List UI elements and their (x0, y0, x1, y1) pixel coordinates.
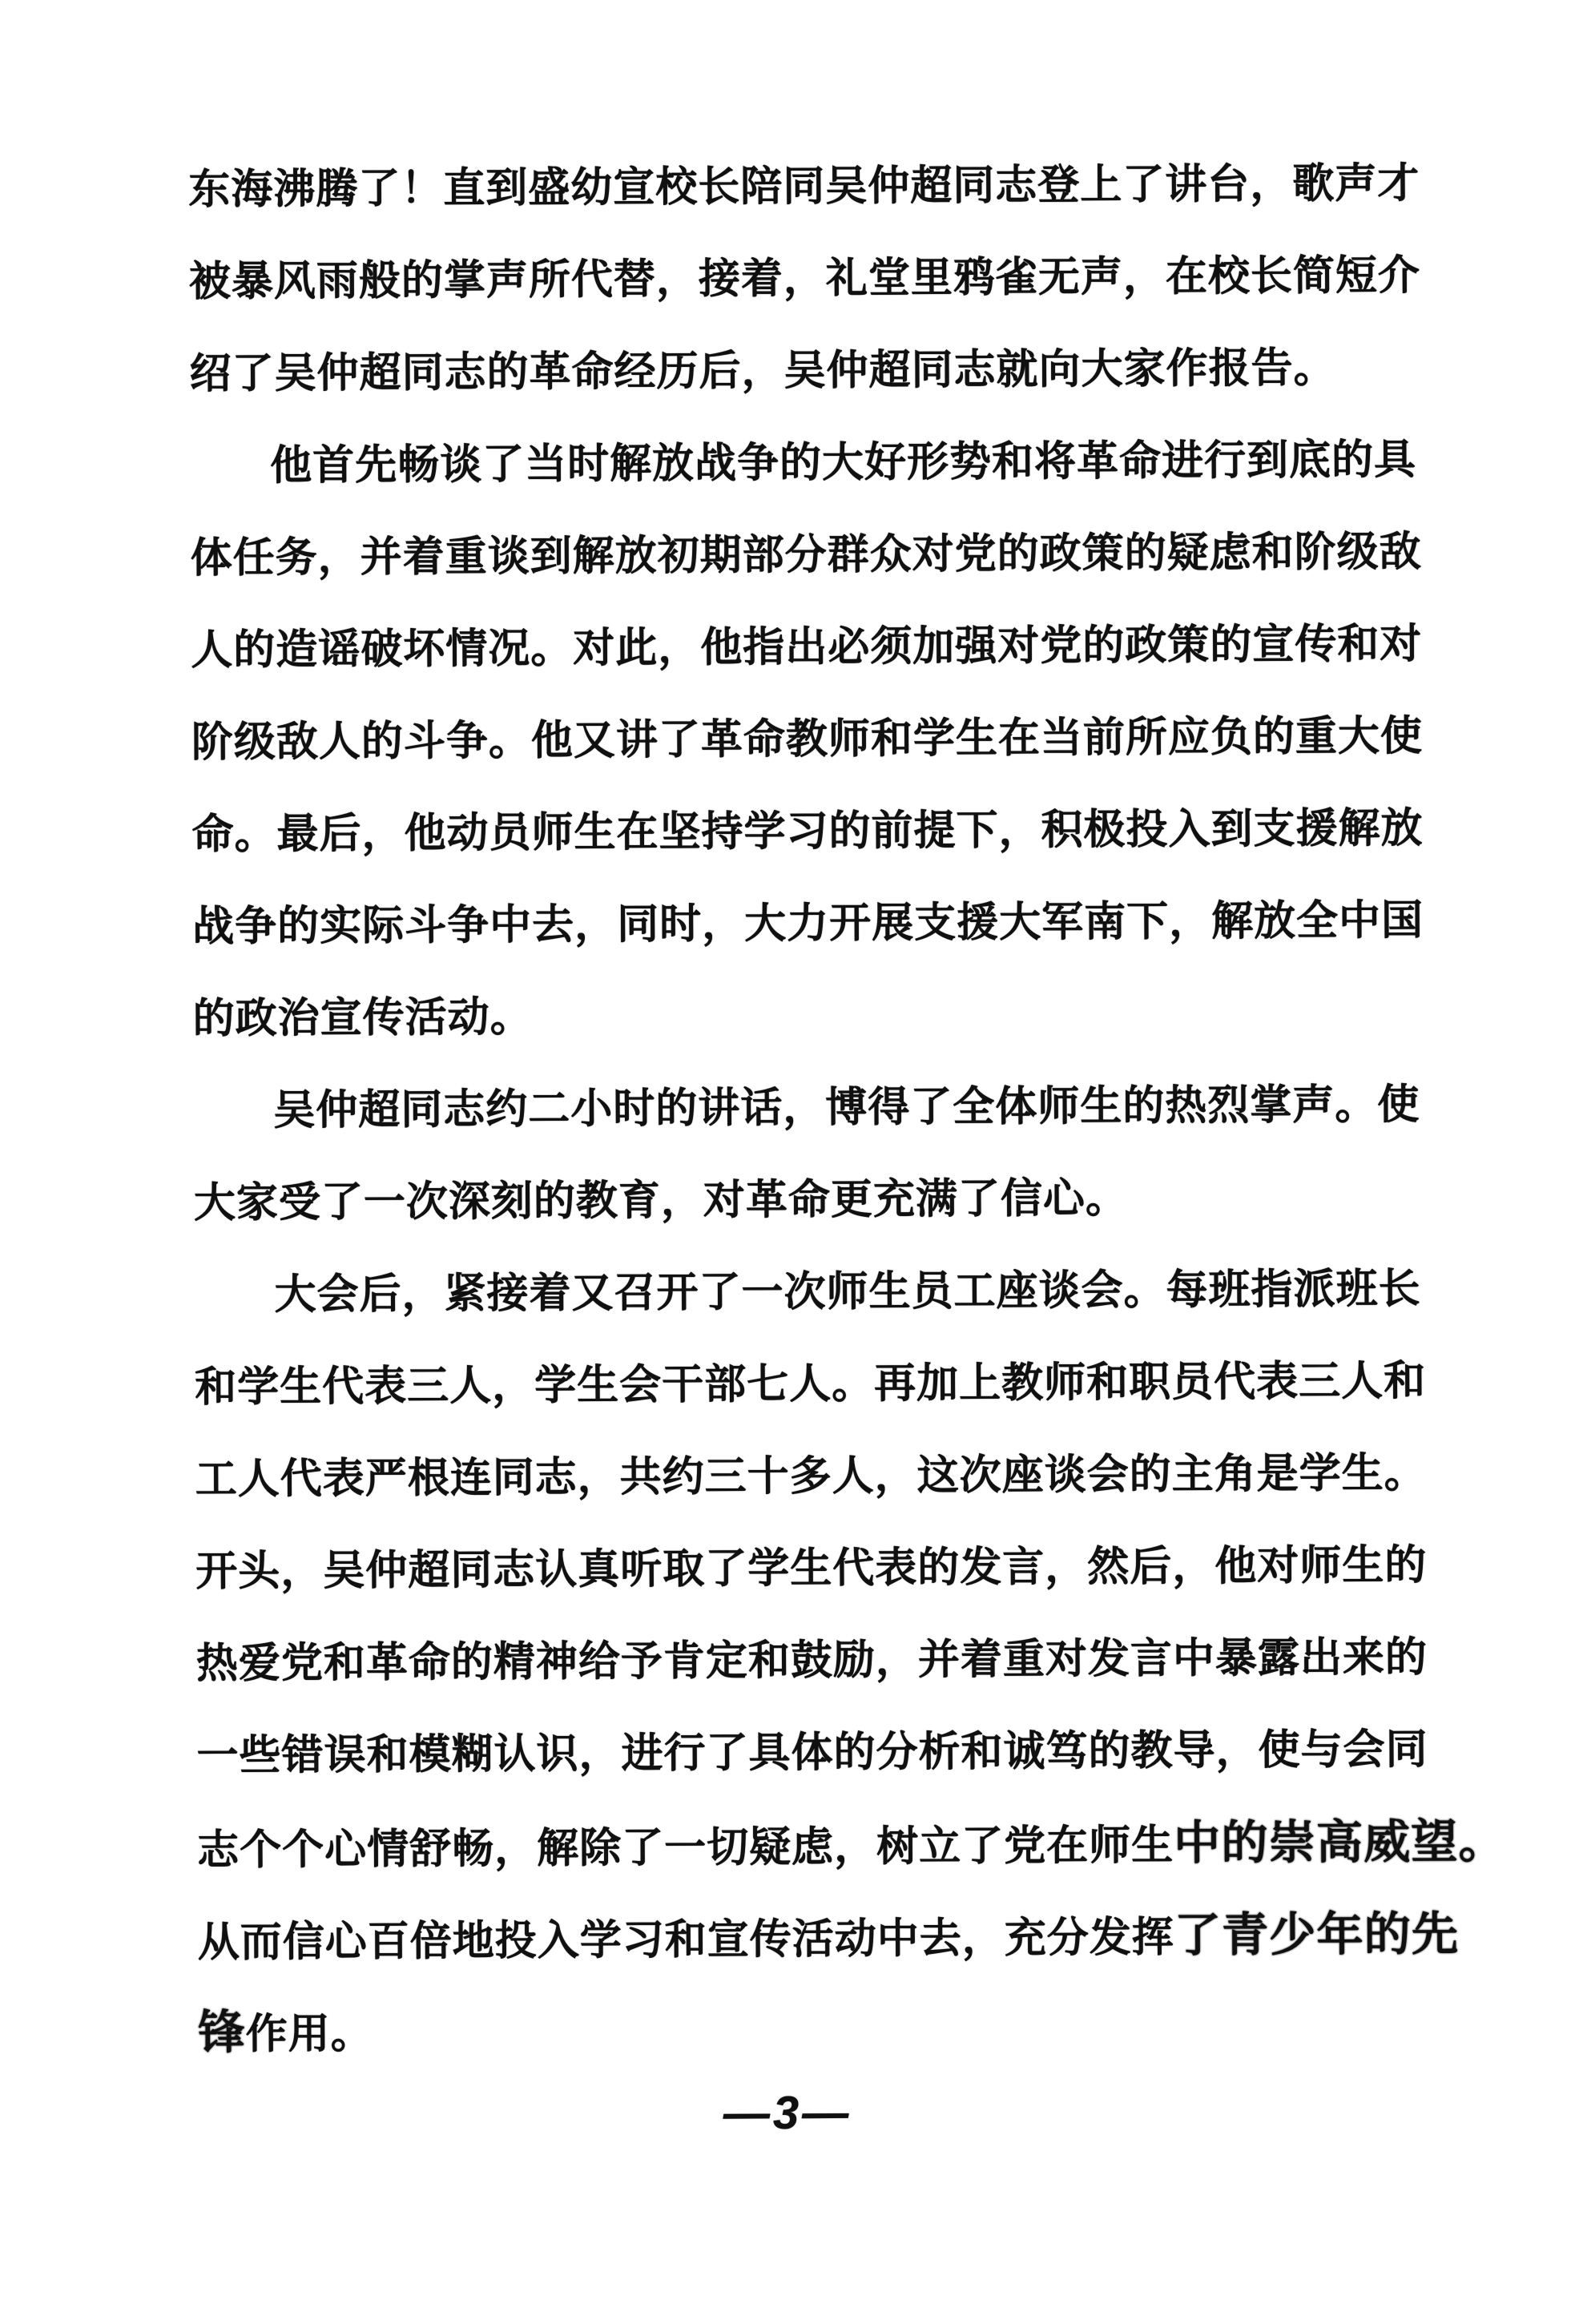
text-segment: 一些错误和模糊认识，进行了具体的分析和诚笃的教导，使与会同 (196, 1726, 1428, 1779)
text-line: 人的造谣破坏情况。对此，他指出必须加强对党的政策的宣传和对 (191, 598, 1473, 697)
text-line: 战争的实际斗争中去，同时，大力开展支援大军南下，解放全中国 (192, 875, 1475, 973)
text-segment: 东海沸腾了！直到盛幼宣校长陪同吴仲超同志登上了讲台，歌声才 (188, 160, 1420, 213)
text-segment: 了青少年的先 (1174, 1908, 1460, 1962)
document-text: 东海沸腾了！直到盛幼宣校长陪同吴仲超同志登上了讲台，歌声才被暴风雨般的掌声所代替… (188, 138, 1480, 2079)
text-segment: 被暴风雨般的掌声所代替，接着，礼堂里鸦雀无声，在校长简短介 (189, 252, 1420, 305)
text-segment: 工人代表严根连同志，共约三十多人，这次座谈会的主角是学生。 (195, 1450, 1427, 1503)
text-segment: 大会后，紧接着又召开了一次师生员工座谈会。每班指派班长 (274, 1266, 1420, 1318)
text-line: 阶级敌人的斗争。他又讲了革命教师和学生在当前所应负的重大使 (191, 691, 1474, 789)
text-line: 热爱党和革命的精神给予肯定和鼓励，并着重对发言中暴露出来的 (196, 1612, 1479, 1710)
text-segment: 吴仲超同志约二小时的讲话，博得了全体师生的热烈掌声。使 (273, 1081, 1420, 1134)
text-line: 开头，吴仲超同志认真听取了学生代表的发言，然后，他对师生的 (195, 1520, 1478, 1618)
text-line: 工人代表严根连同志，共约三十多人，这次座谈会的主角是学生。 (195, 1428, 1477, 1526)
text-segment: 作用。 (245, 2011, 373, 2058)
text-line: 大家受了一次深刻的教育，对革命更充满了信心。 (194, 1151, 1476, 1250)
document-page: 东海沸腾了！直到盛幼宣校长陪同吴仲超同志登上了讲台，歌声才被暴风雨般的掌声所代替… (0, 0, 1575, 2324)
text-segment: 中的崇高威望。 (1174, 1815, 1506, 1869)
text-segment: 的政治宣传活动。 (193, 994, 533, 1042)
text-line: 被暴风雨般的掌声所代替，接着，礼堂里鸦雀无声，在校长简短介 (189, 230, 1472, 328)
text-segment: 志个个心情舒畅，解除了一切疑虑，树立了党在师生 (197, 1823, 1174, 1874)
text-line: 绍了吴仲超同志的革命经历后，吴仲超同志就向大家作报告。 (189, 322, 1472, 421)
text-line: 志个个心情舒畅，解除了一切疑虑，树立了党在师生中的崇高威望。 (197, 1796, 1480, 1895)
text-line: 体任务，并着重谈到解放初期部分群众对党的政策的疑虑和阶级敌 (190, 506, 1472, 605)
text-segment: 战争的实际斗争中去，同时，大力开展支援大军南下，解放全中国 (192, 897, 1424, 950)
text-line: 从而信心百倍地投入学习和宣传活动中去，充分发挥了青少年的先 (197, 1888, 1480, 1987)
text-segment: 绍了吴仲超同志的革命经历后，吴仲超同志就向大家作报告。 (189, 345, 1335, 397)
text-segment: 他首先畅谈了当时解放战争的大好形势和将革命进行到底的具 (270, 437, 1416, 489)
text-line: 一些错误和模糊认识，进行了具体的分析和诚笃的教导，使与会同 (196, 1704, 1479, 1802)
text-segment: 体任务，并着重谈到解放初期部分群众对党的政策的疑虑和阶级敌 (191, 529, 1422, 582)
text-segment: 大家受了一次深刻的教育，对革命更充满了信心。 (194, 1175, 1128, 1226)
text-segment: 锋 (198, 2007, 246, 2059)
text-segment: 从而信心百倍地投入学习和宣传活动中去，充分发挥 (198, 1915, 1174, 1966)
text-line: 东海沸腾了！直到盛幼宣校长陪同吴仲超同志登上了讲台，歌声才 (188, 138, 1471, 236)
text-line: 吴仲超同志约二小时的讲话，博得了全体师生的热烈掌声。使 (193, 1059, 1476, 1158)
text-segment: 人的造谣破坏情况。对此，他指出必须加强对党的政策的宣传和对 (191, 621, 1422, 674)
text-segment: 热爱党和革命的精神给予肯定和鼓励，并着重对发言中暴露出来的 (196, 1634, 1428, 1687)
page-number: —3— (0, 2077, 1575, 2149)
text-segment: 和学生代表三人，学生会干部七人。再加上教师和职员代表三人和 (195, 1358, 1426, 1411)
text-segment: 阶级敌人的斗争。他又讲了革命教师和学生在当前所应负的重大使 (191, 713, 1423, 766)
text-line: 锋作用。 (198, 1980, 1480, 2079)
text-segment: 命。最后，他动员师生在坚持学习的前提下，积极投入到支援解放 (191, 805, 1423, 858)
text-line: 的政治宣传活动。 (192, 967, 1475, 1065)
page-number-label: —3— (723, 2087, 852, 2140)
text-line: 大会后，紧接着又召开了一次师生员工座谈会。每班指派班长 (194, 1243, 1476, 1342)
text-line: 他首先畅谈了当时解放战争的大好形势和将革命进行到底的具 (190, 414, 1472, 513)
text-segment: 开头，吴仲超同志认真听取了学生代表的发言，然后，他对师生的 (195, 1542, 1427, 1595)
text-line: 命。最后，他动员师生在坚持学习的前提下，积极投入到支援解放 (191, 783, 1474, 881)
text-line: 和学生代表三人，学生会干部七人。再加上教师和职员代表三人和 (195, 1335, 1477, 1434)
